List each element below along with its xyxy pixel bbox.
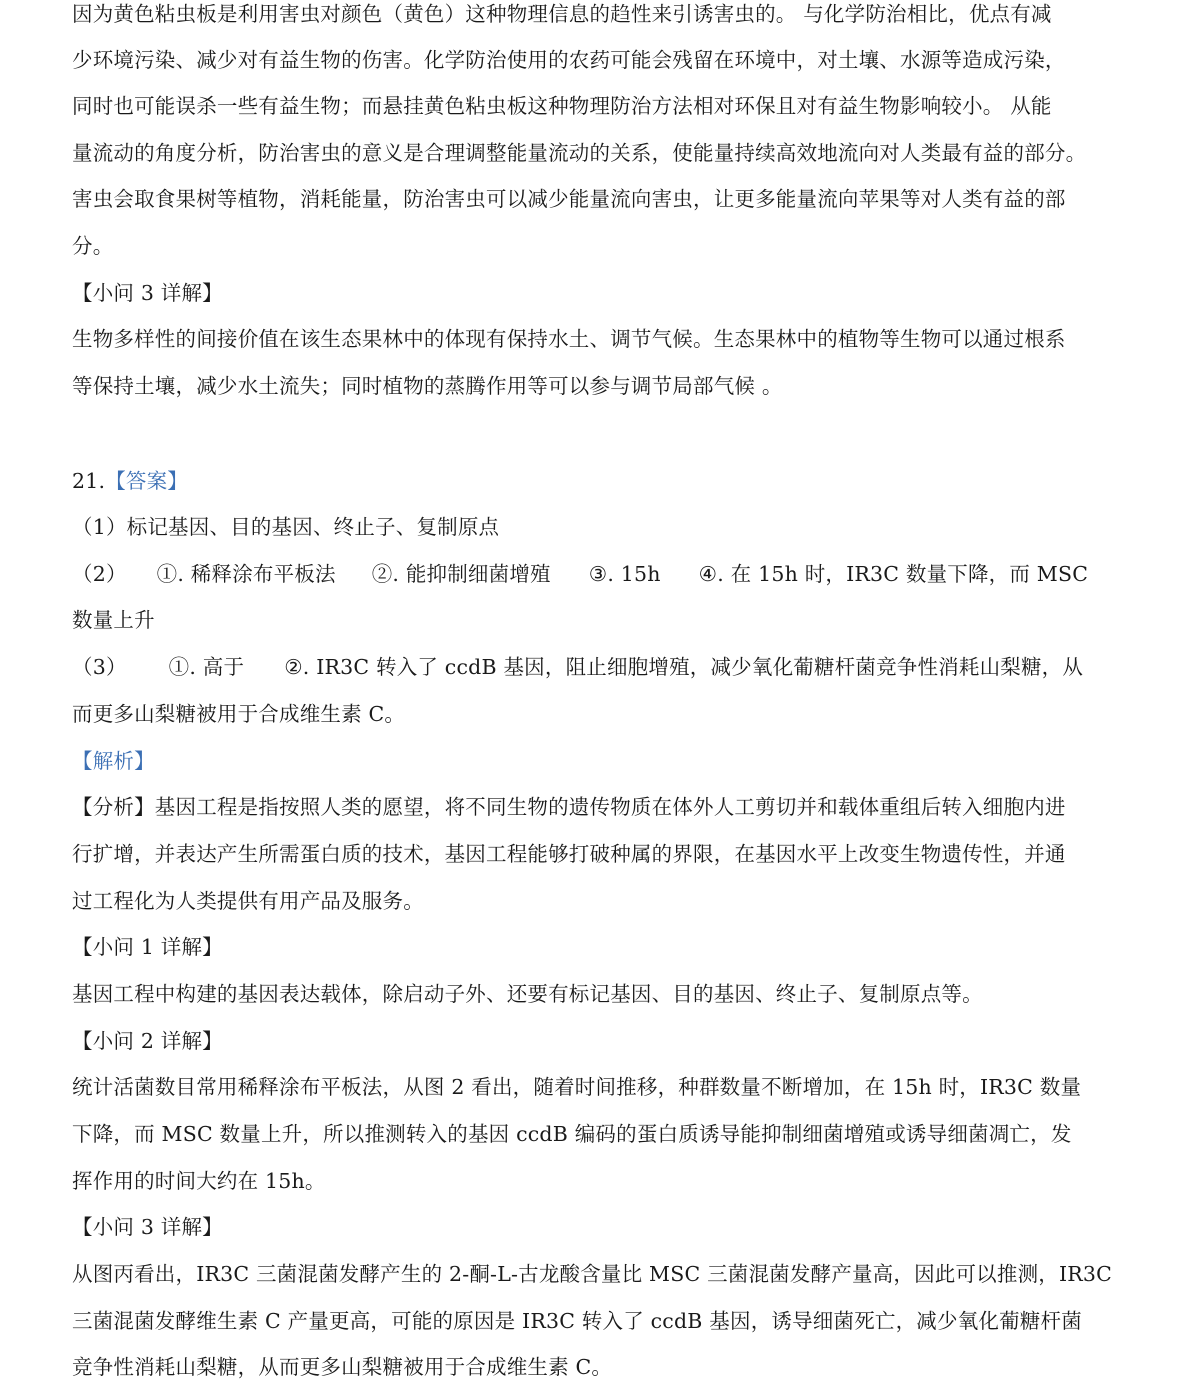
subquestion-heading: 【小问 3 详解】 <box>72 1213 223 1241</box>
analysis-line: 行扩增，并表达产生所需蛋白质的技术，基因工程能够打破种属的界限，在基因水平上改变… <box>72 840 1066 868</box>
paragraph-line: 三菌混菌发酵维生素 C 产量更高，可能的原因是 IR3C 转入了 ccdB 基因… <box>72 1307 1082 1335</box>
paragraph-line: 基因工程中构建的基因表达载体，除启动子外、还要有标记基因、目的基因、终止子、复制… <box>72 980 983 1008</box>
subquestion-heading: 【小问 2 详解】 <box>72 1027 223 1055</box>
answer-2-item-3: ③. 15h <box>589 562 661 586</box>
answer-1: （1）标记基因、目的基因、终止子、复制原点 <box>72 513 499 541</box>
analysis-label: 【解析】 <box>72 747 155 775</box>
answer-3-item-1: ①. 高于 <box>169 655 245 679</box>
paragraph-line: 害虫会取食果树等植物，消耗能量，防治害虫可以减少能量流向害虫，让更多能量流向苹果… <box>72 185 1066 213</box>
analysis-line: 过工程化为人类提供有用产品及服务。 <box>72 887 424 915</box>
answer-2-prefix: （2） <box>72 562 127 586</box>
paragraph-line: 从图丙看出，IR3C 三菌混菌发酵产生的 2-酮-L-古龙酸含量比 MSC 三菌… <box>72 1260 1112 1288</box>
analysis-line: 【分析】基因工程是指按照人类的愿望，将不同生物的遗传物质在体外人工剪切并和载体重… <box>72 793 1066 821</box>
paragraph-line: 量流动的角度分析，防治害虫的意义是合理调整能量流动的关系，使能量持续高效地流向对… <box>72 139 1086 167</box>
answer-3-item-2: ②. IR3C 转入了 ccdB 基因，阻止细胞增殖，减少氧化葡糖杆菌竞争性消耗… <box>284 655 1083 679</box>
paragraph-line: 等保持土壤，减少水土流失；同时植物的蒸腾作用等可以参与调节局部气候 。 <box>72 372 783 400</box>
paragraph-line: 生物多样性的间接价值在该生态果林中的体现有保持水土、调节气候。生态果林中的植物等… <box>72 325 1066 353</box>
answer-2-continuation: 数量上升 <box>72 606 155 634</box>
question-header: 21.【答案】 <box>72 467 188 495</box>
subquestion-heading: 【小问 1 详解】 <box>72 933 223 961</box>
answer-2-item-4: ④. 在 15h 时，IR3C 数量下降，而 MSC <box>699 562 1088 586</box>
paragraph-line: 因为黄色粘虫板是利用害虫对颜色（黄色）这种物理信息的趋性来引诱害虫的。 与化学防… <box>72 0 1052 28</box>
question-number: 21. <box>72 469 105 493</box>
answer-label: 【答案】 <box>105 469 188 493</box>
subquestion-heading: 【小问 3 详解】 <box>72 279 223 307</box>
paragraph-line: 竞争性消耗山梨糖，从而更多山梨糖被用于合成维生素 C。 <box>72 1353 612 1381</box>
paragraph-line: 同时也可能误杀一些有益生物；而悬挂黄色粘虫板这种物理防治方法相对环保且对有益生物… <box>72 92 1052 120</box>
paragraph-line: 挥作用的时间大约在 15h。 <box>72 1167 326 1195</box>
answer-2-item-2: ②. 能抑制细菌增殖 <box>372 562 551 586</box>
answer-3: （3）①. 高于②. IR3C 转入了 ccdB 基因，阻止细胞增殖，减少氧化葡… <box>72 653 1083 681</box>
answer-3-continuation: 而更多山梨糖被用于合成维生素 C。 <box>72 700 405 728</box>
answer-2-item-1: ①. 稀释涂布平板法 <box>157 562 336 586</box>
paragraph-line: 少环境污染、减少对有益生物的伤害。化学防治使用的农药可能会残留在环境中，对土壤、… <box>72 46 1066 74</box>
answer-2: （2）①. 稀释涂布平板法②. 能抑制细菌增殖③. 15h④. 在 15h 时，… <box>72 560 1088 588</box>
answer-3-prefix: （3） <box>72 655 127 679</box>
paragraph-line: 统计活菌数目常用稀释涂布平板法，从图 2 看出，随着时间推移，种群数量不断增加，… <box>72 1073 1081 1101</box>
paragraph-line: 下降，而 MSC 数量上升，所以推测转入的基因 ccdB 编码的蛋白质诱导能抑制… <box>72 1120 1072 1148</box>
paragraph-line: 分。 <box>72 232 113 260</box>
